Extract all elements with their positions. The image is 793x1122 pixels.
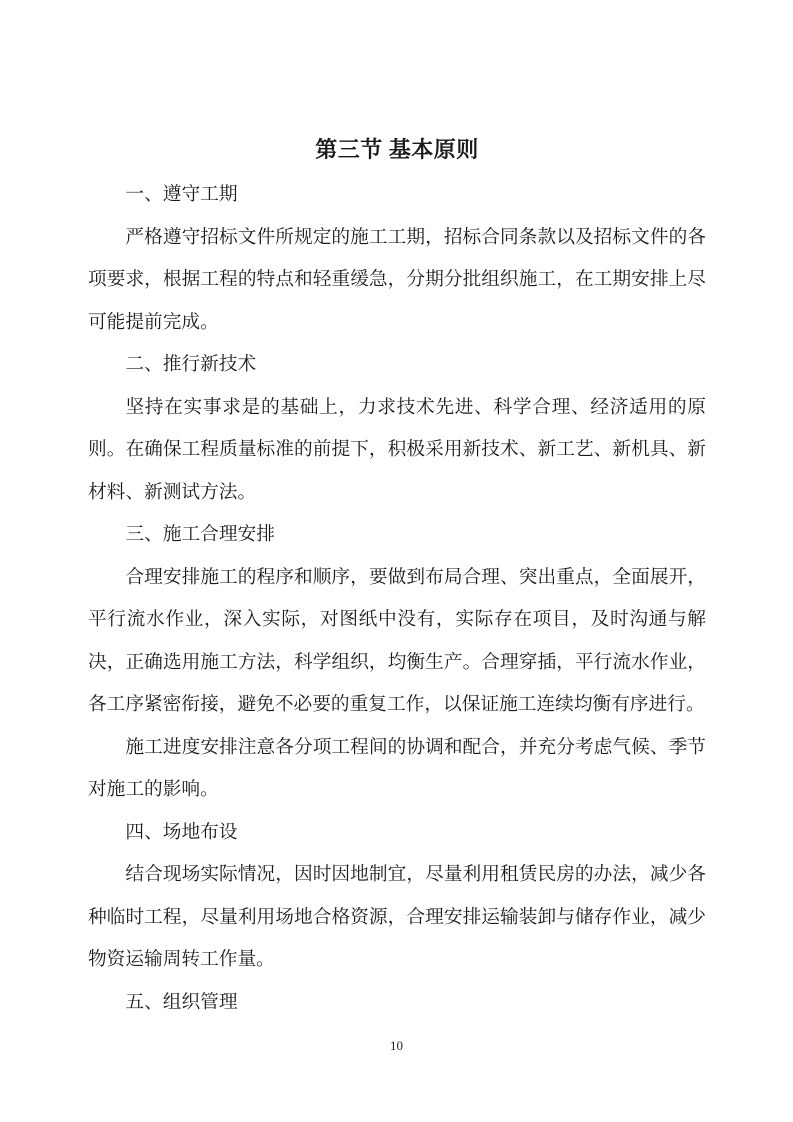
page-number: 10	[0, 1038, 793, 1054]
section-heading-5: 五、组织管理	[88, 982, 706, 1025]
paragraph: 施工进度安排注意各分项工程间的协调和配合，并充分考虑气候、季节对施工的影响。	[88, 727, 706, 812]
paragraph: 严格遵守招标文件所规定的施工工期，招标合同条款以及招标文件的各项要求，根据工程的…	[88, 217, 706, 345]
document-page: 第三节 基本原则 一、遵守工期 严格遵守招标文件所规定的施工工期，招标合同条款以…	[0, 0, 793, 1122]
document-content: 第三节 基本原则 一、遵守工期 严格遵守招标文件所规定的施工工期，招标合同条款以…	[88, 128, 706, 1024]
section-heading-2: 二、推行新技术	[88, 344, 706, 387]
section-heading-4: 四、场地布设	[88, 812, 706, 855]
section-heading-1: 一、遵守工期	[88, 174, 706, 217]
paragraph: 合理安排施工的程序和顺序，要做到布局合理、突出重点，全面展开，平行流水作业，深入…	[88, 557, 706, 727]
section-heading-3: 三、施工合理安排	[88, 514, 706, 557]
paragraph: 坚持在实事求是的基础上，力求技术先进、科学合理、经济适用的原则。在确保工程质量标…	[88, 387, 706, 515]
paragraph: 结合现场实际情况，因时因地制宜，尽量利用租赁民房的办法，减少各种临时工程，尽量利…	[88, 854, 706, 982]
page-title: 第三节 基本原则	[88, 128, 706, 172]
